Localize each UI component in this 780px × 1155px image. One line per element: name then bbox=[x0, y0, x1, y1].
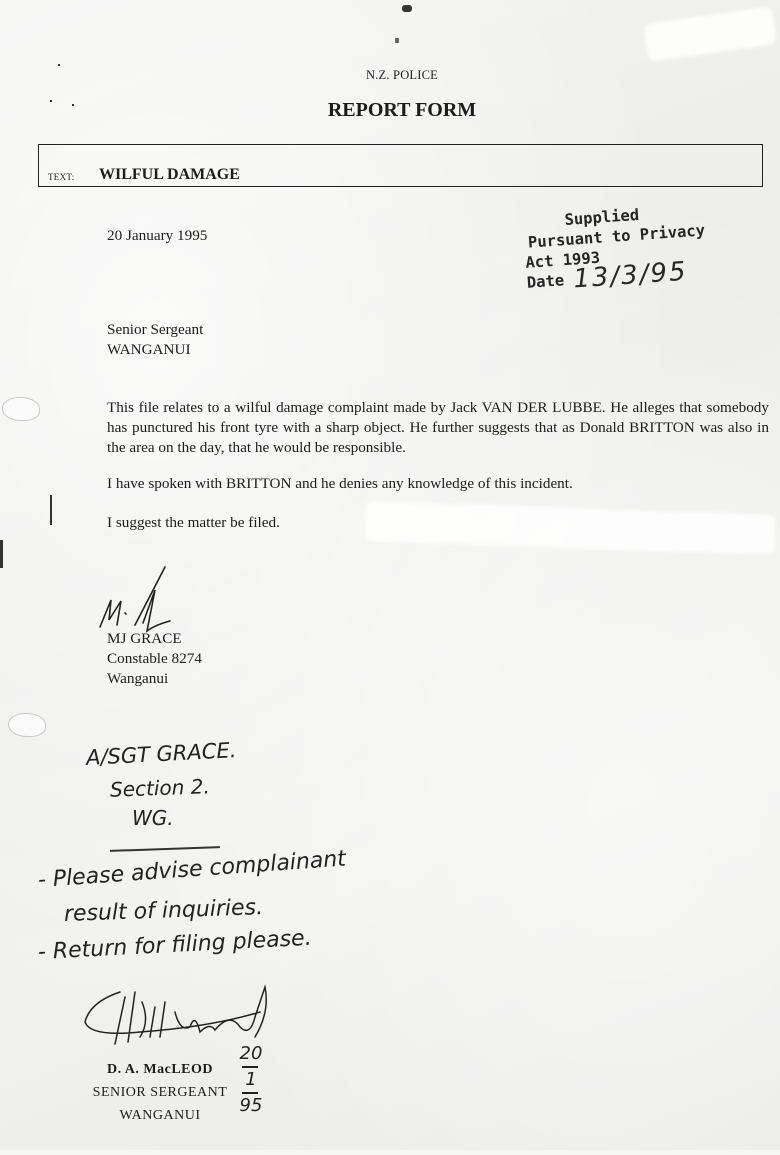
addressee-station: WANGANUI bbox=[107, 340, 203, 360]
sender-name: MJ GRACE bbox=[107, 629, 202, 649]
date-divider bbox=[242, 1092, 258, 1094]
date-day: 20 bbox=[240, 1043, 263, 1064]
letter-date: 20 January 1995 bbox=[107, 226, 207, 246]
officer-name: D. A. MacLEOD bbox=[80, 1058, 240, 1081]
scan-speck bbox=[395, 38, 399, 43]
privacy-act-stamp: Supplied Pursuant to Privacy Act 1993 Da… bbox=[522, 198, 737, 292]
body-paragraph: This file relates to a wilful damage com… bbox=[107, 398, 769, 458]
body-paragraph: I suggest the matter be filed. bbox=[107, 513, 280, 533]
addressee: Senior Sergeant WANGANUI bbox=[107, 320, 203, 360]
scan-mark bbox=[50, 495, 52, 525]
date-year: 95 bbox=[240, 1095, 263, 1116]
punch-hole bbox=[2, 397, 40, 421]
signature-icon bbox=[80, 982, 280, 1052]
officer-rank: SENIOR SERGEANT bbox=[80, 1081, 240, 1104]
addressee-rank: Senior Sergeant bbox=[107, 320, 203, 340]
date-month: 1 bbox=[245, 1069, 256, 1090]
handwritten-section: Section 2. bbox=[110, 774, 211, 801]
handwritten-station: WG. bbox=[132, 806, 174, 830]
scan-speck bbox=[58, 64, 60, 66]
scan-mark bbox=[0, 540, 3, 568]
punch-hole bbox=[8, 713, 46, 737]
sender-block: MJ GRACE Constable 8274 Wanganui bbox=[107, 629, 202, 689]
subject-label: TEXT: bbox=[48, 172, 75, 182]
body-paragraph: I have spoken with BRITTON and he denies… bbox=[107, 474, 573, 494]
endorsing-officer: D. A. MacLEOD SENIOR SERGEANT WANGANUI bbox=[80, 1058, 240, 1127]
stamp-date-label: Date bbox=[526, 271, 564, 292]
sender-rank: Constable 8274 bbox=[107, 649, 202, 669]
organization-name: N.Z. POLICE bbox=[0, 68, 780, 83]
scan-speck bbox=[402, 5, 412, 12]
sender-station: Wanganui bbox=[107, 669, 202, 689]
subject-value: WILFUL DAMAGE bbox=[99, 166, 240, 184]
page-edge bbox=[0, 1150, 780, 1155]
date-divider bbox=[242, 1066, 258, 1068]
officer-station: WANGANUI bbox=[80, 1104, 240, 1127]
endorsement-date: 20 1 95 bbox=[234, 1044, 268, 1116]
form-title: REPORT FORM bbox=[0, 99, 780, 122]
